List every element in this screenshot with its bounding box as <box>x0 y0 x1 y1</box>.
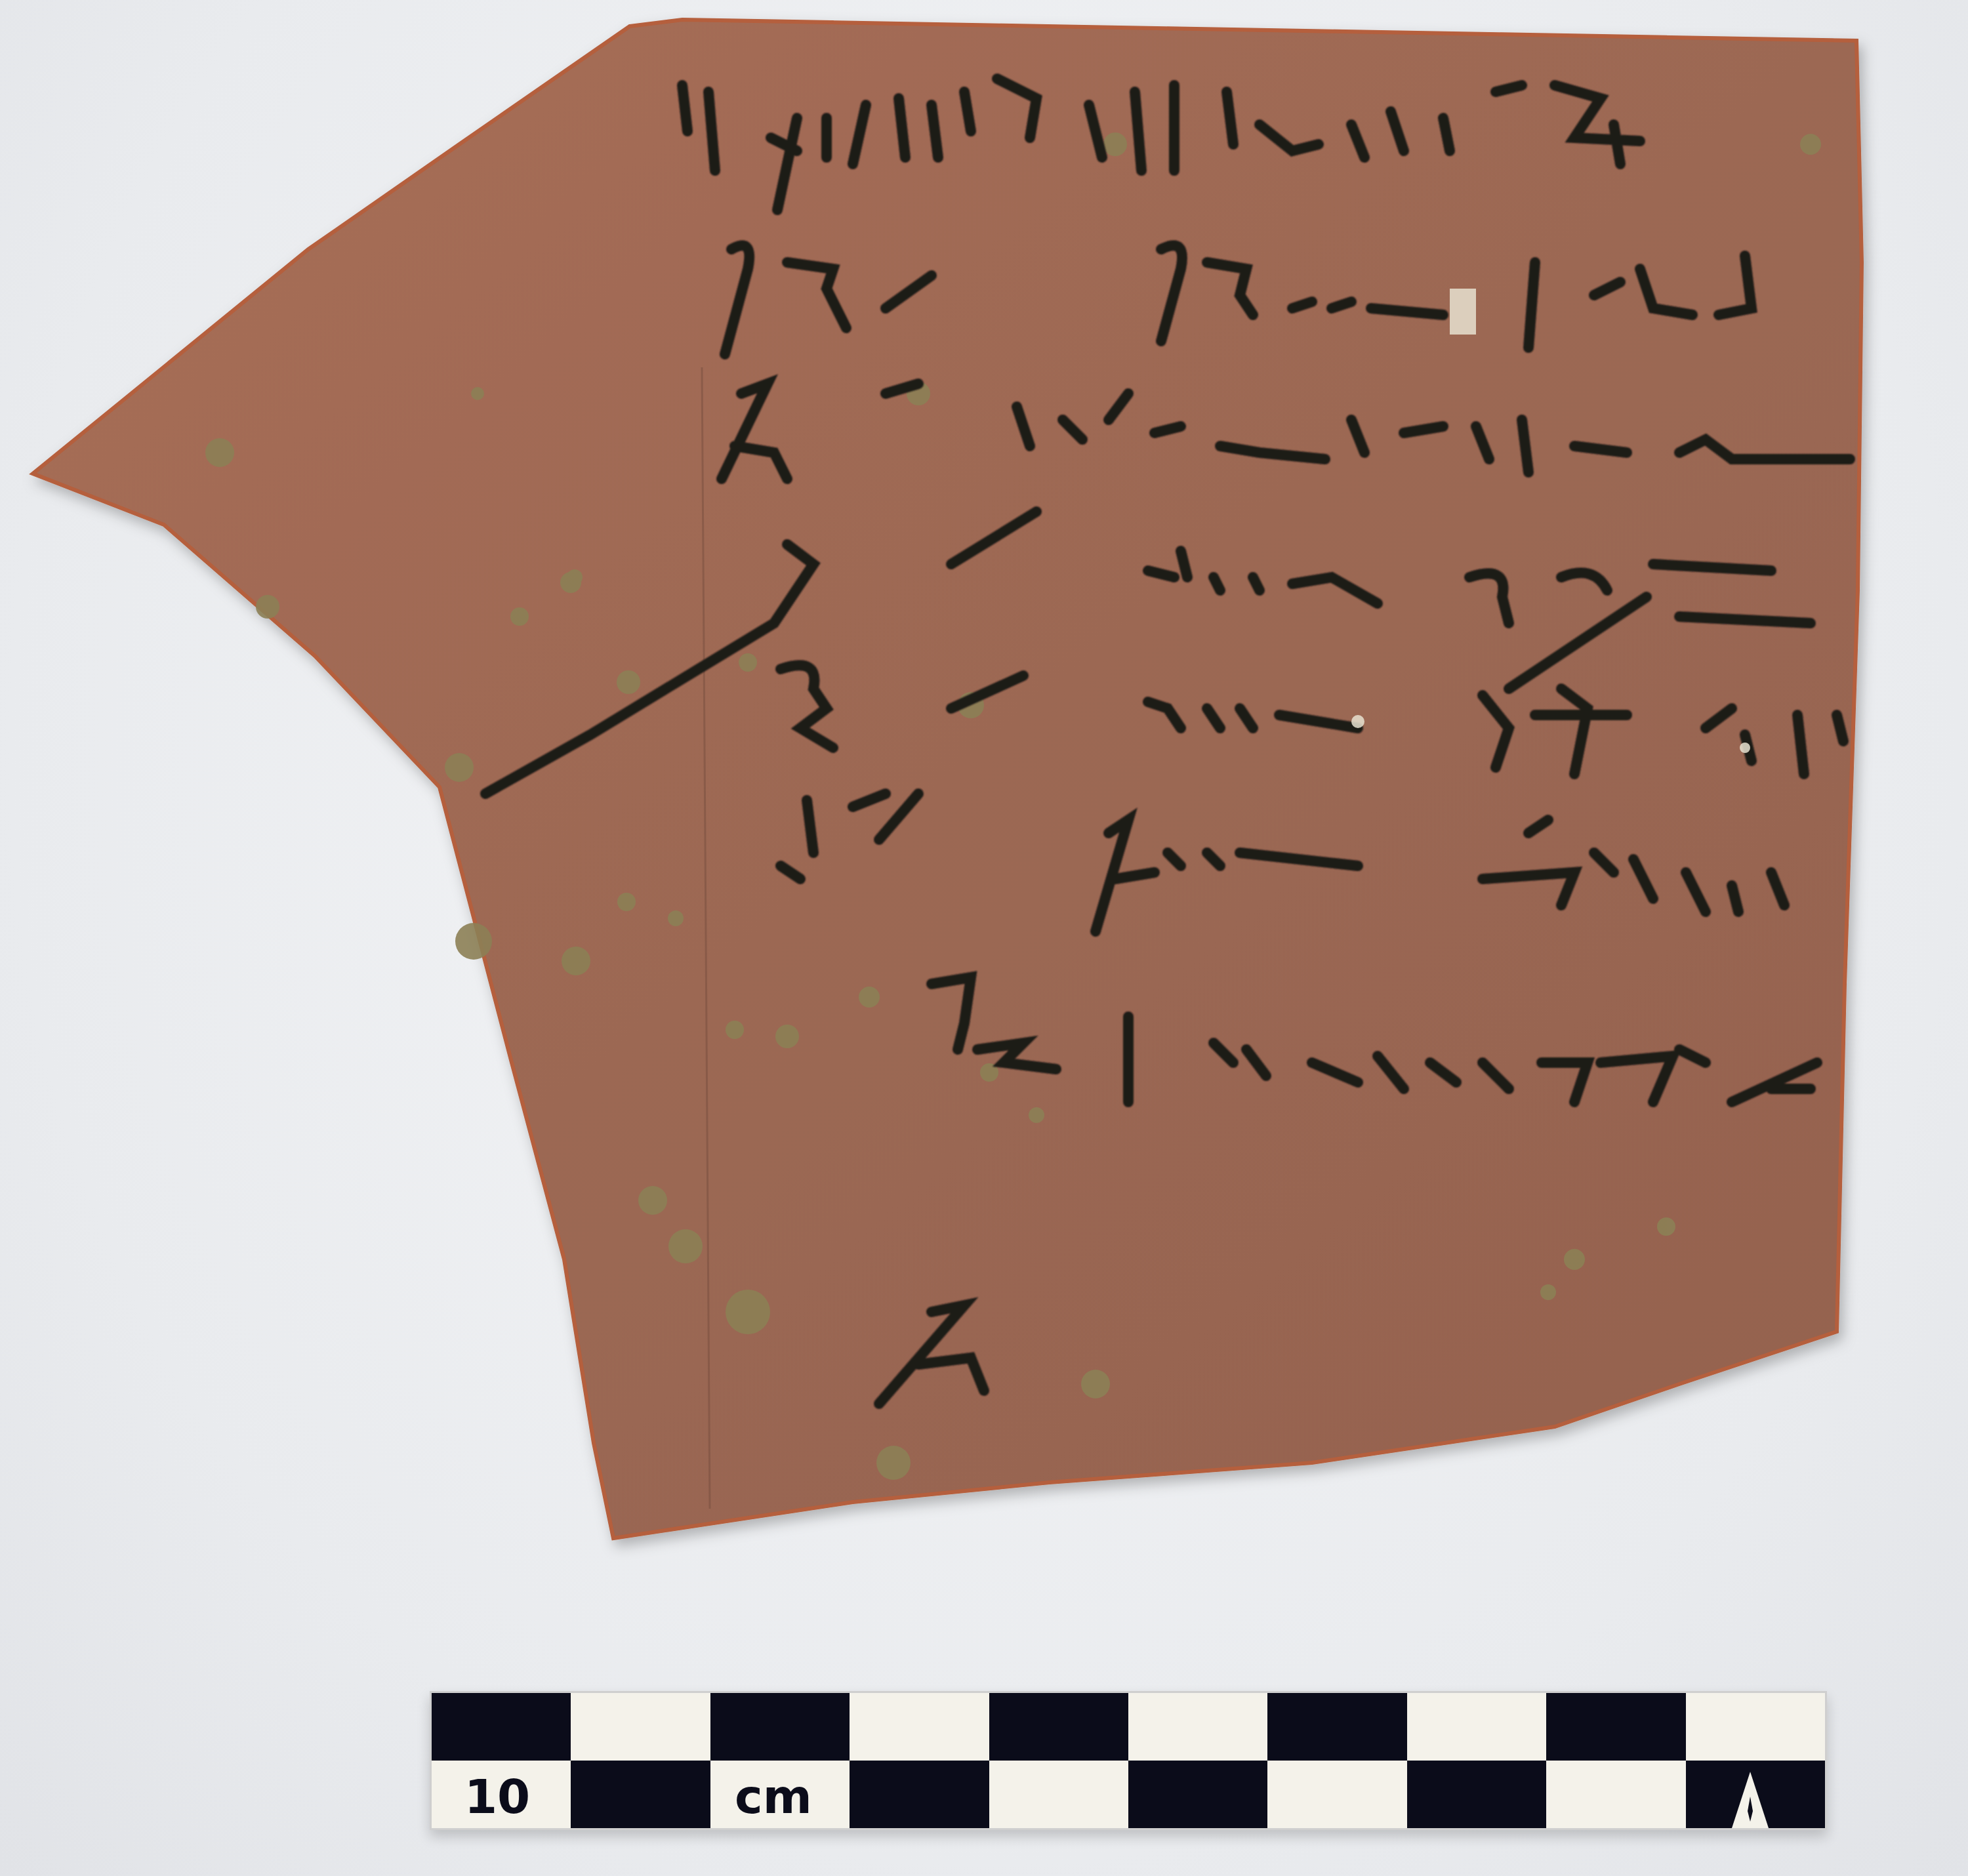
scale-square <box>1128 1693 1267 1761</box>
scale-square <box>1407 1693 1546 1761</box>
scale-square <box>1546 1693 1685 1761</box>
scale-square <box>1686 1693 1825 1761</box>
scale-square <box>1267 1761 1406 1828</box>
scale-square <box>1407 1761 1546 1828</box>
scale-square <box>710 1693 850 1761</box>
north-arrow-icon <box>1731 1770 1770 1829</box>
scale-square <box>1546 1761 1685 1828</box>
scale-square <box>989 1761 1128 1828</box>
scale-bar: 10 cm <box>430 1691 1827 1830</box>
scale-square <box>571 1693 710 1761</box>
scale-square <box>989 1693 1128 1761</box>
ostracon-photo <box>0 0 1968 1876</box>
scale-square <box>1128 1761 1267 1828</box>
scale-number-label: 10 <box>464 1773 530 1820</box>
scale-unit-label: cm <box>735 1773 812 1820</box>
scale-square <box>432 1693 571 1761</box>
scale-square <box>1267 1693 1406 1761</box>
scale-square <box>571 1761 710 1828</box>
scale-square <box>850 1761 989 1828</box>
scale-square <box>850 1693 989 1761</box>
